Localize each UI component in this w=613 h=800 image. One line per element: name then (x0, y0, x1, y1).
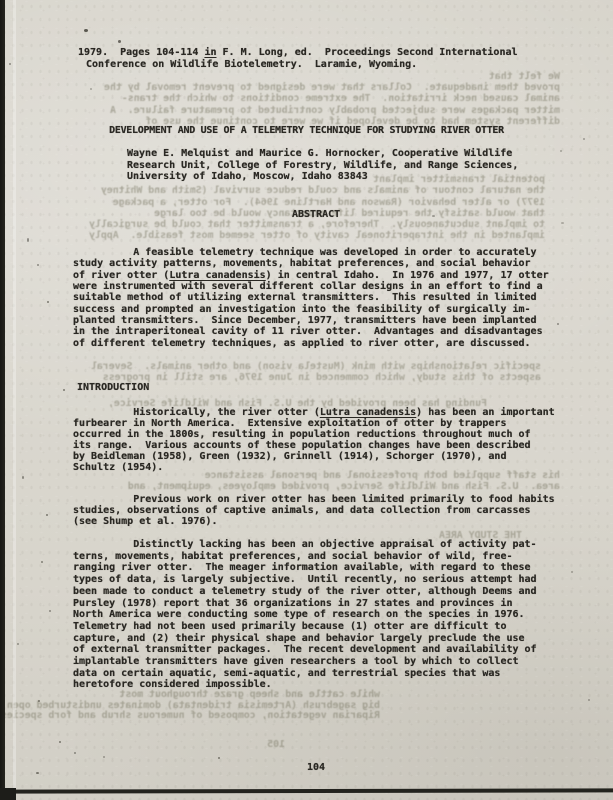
introduction-heading: INTRODUCTION (77, 382, 149, 393)
body-line: by Beidleman (1958), Green (1932), Grinn… (73, 451, 555, 462)
authors-block: Wayne E. Melquist and Maurice G. Hornock… (127, 148, 518, 183)
introduction-paragraph-3: Distinctly lacking has been an objective… (73, 539, 537, 691)
text-line: Telemetry had not been used primarily be… (73, 621, 537, 633)
dust-speck (46, 514, 48, 516)
scanned-page: We felt thatproved them inadequate. Coll… (0, 0, 613, 800)
abstract-line: in the intraperitoneal cavity of 11 rive… (73, 326, 549, 337)
text-line: capture, and (2) their physical shape an… (73, 633, 537, 645)
scan-edge-left (0, 0, 5, 800)
text-line: ranging river otter. The meager informat… (73, 562, 537, 574)
abstract-heading: ABSTRACT (292, 209, 340, 220)
text-line: Research Unit, College of Forestry, Wild… (127, 160, 518, 172)
text-line: data on certain aquatic, semi-aquatic, a… (73, 668, 537, 680)
dust-speck (41, 561, 43, 563)
dust-speck (9, 63, 11, 65)
species-name-underlined: Lutra canadensis (320, 407, 416, 418)
text-line: Wayne E. Melquist and Maurice G. Hornock… (127, 148, 518, 160)
dust-speck (47, 301, 49, 303)
body-text: ) has been an important (416, 407, 554, 418)
text-line: of external transmitter packages. The re… (73, 644, 537, 656)
abstract-paragraph: A feasible telemetry technique was devel… (73, 247, 549, 349)
text-line: University of Idaho, Moscow, Idaho 83843 (127, 171, 518, 183)
dust-speck (63, 389, 65, 391)
citation-text: 1979. Pages 104-114 (78, 47, 204, 58)
body-line: Historically, the river otter (Lutra can… (73, 407, 555, 418)
dust-speck (36, 772, 39, 774)
body-line: furbearer in North America. Extensive ex… (73, 418, 555, 429)
abstract-line: study activity patterns, movements, habi… (73, 258, 549, 269)
dust-speck (27, 238, 29, 242)
dust-speck (432, 215, 435, 217)
paper-title: DEVELOPMENT AND USE OF A TELEMETRY TECHN… (0, 125, 613, 136)
abstract-line: planted transmitters. Since December, 19… (73, 315, 549, 326)
dust-speck (37, 264, 39, 266)
citation-header: 1979. Pages 104-114 in F. M. Long, ed. P… (78, 47, 518, 70)
body-line: occurred in the 1800s, resulting in popu… (73, 429, 555, 440)
text-line: implantable transmitters have given rese… (73, 656, 537, 668)
dust-speck (17, 643, 19, 645)
body-line: Schultz (1954). (73, 462, 555, 473)
dust-speck (74, 752, 76, 754)
dust-speck (103, 756, 105, 758)
dust-speck (38, 700, 40, 702)
dust-speck (84, 29, 88, 32)
abstract-line: were instrumented with several different… (73, 281, 549, 292)
dust-speck (49, 610, 51, 612)
introduction-paragraph-1: Historically, the river otter (Lutra can… (73, 407, 555, 473)
text-line: Previous work on river otter has been li… (73, 494, 555, 505)
body-text: Historically, the river otter ( (73, 407, 320, 418)
dust-speck (557, 323, 559, 325)
text-line: (see Shump et al. 1976). (73, 516, 555, 527)
dust-speck (571, 571, 573, 573)
abstract-line: A feasible telemetry technique was devel… (73, 247, 549, 258)
text-line: been made to conduct a telemetry study o… (73, 586, 537, 598)
abstract-line: of different telemetry techniques, as ap… (73, 338, 549, 349)
dust-speck (560, 150, 562, 152)
abstract-text: ) in central Idaho. In 1976 and 1977, 17… (266, 270, 549, 281)
abstract-line: suitable method of utilizing external tr… (73, 292, 549, 303)
dust-speck (561, 222, 564, 224)
dust-speck (118, 40, 121, 43)
dust-speck (588, 699, 590, 701)
text-line: Distinctly lacking has been an objective… (73, 539, 537, 551)
abstract-text: of river otter ( (73, 270, 169, 281)
text-line: terns, movements, habitat preferences, a… (73, 551, 537, 563)
dust-speck (583, 138, 585, 140)
introduction-paragraph-2: Previous work on river otter has been li… (73, 494, 555, 527)
text-line: heretofore considered impossible. (73, 679, 537, 691)
dust-speck (90, 88, 92, 90)
abstract-line: success and prompted an investigation in… (73, 304, 549, 315)
dust-speck (218, 757, 220, 759)
body-line: its range. Various accounts of these pop… (73, 440, 555, 451)
text-line: types of data, is largely subjective. Un… (73, 574, 537, 586)
paper-crease (13, 0, 16, 800)
citation-text: F. M. Long, ed. Proceedings Second Inter… (216, 47, 517, 58)
page-number: 104 (307, 762, 325, 773)
page-text-layer: 1979. Pages 104-114 in F. M. Long, ed. P… (0, 0, 613, 800)
text-line: Pursley (1978) report that 36 organizati… (73, 598, 537, 610)
scan-corner-shadow (0, 788, 16, 800)
text-line: North America were conducting some type … (73, 609, 537, 621)
dust-speck (22, 476, 24, 479)
species-name-underlined: Lutra canadensis (169, 270, 265, 281)
citation-line: Conference on Wildlife Biotelemetry. Lar… (86, 59, 518, 71)
dust-speck (59, 741, 61, 743)
citation-underlined-word: in (204, 47, 216, 58)
citation-line: 1979. Pages 104-114 in F. M. Long, ed. P… (78, 47, 518, 59)
text-line: studies, observations of captive animals… (73, 505, 555, 516)
abstract-line: of river otter (Lutra canadensis) in cen… (73, 270, 549, 281)
